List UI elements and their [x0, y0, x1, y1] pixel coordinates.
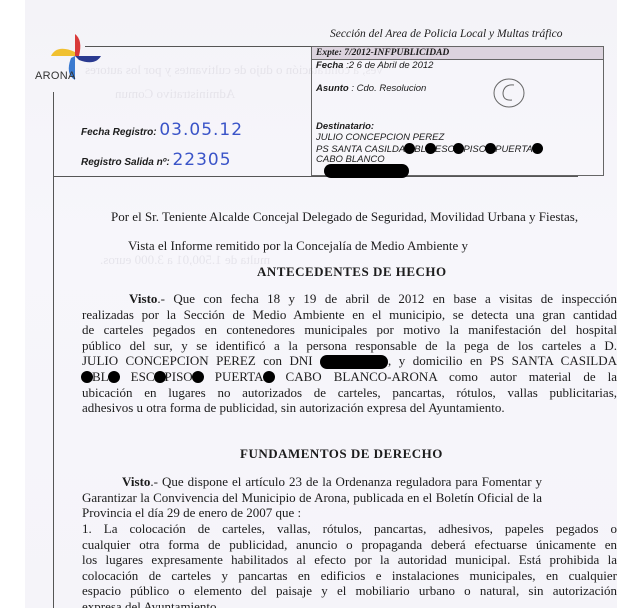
redacted-block: [324, 164, 409, 178]
destinatario-name: JULIO CONCEPCION PEREZ: [316, 132, 444, 143]
scanned-page: ves, a contratación o dujo de cultivante…: [25, 0, 617, 608]
intro-line-1: Por el Sr. Teniente Alcalde Concejal Del…: [111, 209, 578, 225]
registro-salida-field: Registro Salida nº: 22305: [81, 150, 232, 170]
expediente-box: Expte: 7/2012-INFPUBLICIDAD Fecha :2 6 d…: [311, 46, 604, 176]
redaction-dot: [263, 371, 275, 383]
asunto-label: Asunto: [316, 83, 349, 94]
redaction-dot: [192, 371, 204, 383]
asunto-field: Asunto : Cdo. Resolucion: [316, 83, 426, 94]
antecedentes-heading: ANTECEDENTES DE HECHO: [257, 264, 447, 280]
registro-salida-label: Registro Salida nº:: [81, 157, 170, 168]
visto-label: Visto: [129, 291, 157, 306]
fecha-registro-label: Fecha Registro:: [81, 127, 157, 138]
intro-line-2: Vista el Informe remitido por la Conceja…: [128, 238, 468, 254]
redacted-dni: [320, 355, 388, 369]
bleed-through-text: multa de 1.500,01 a 3.000 euros.: [100, 252, 270, 268]
fecha-registro-field: Fecha Registro: 03.05.12: [81, 120, 243, 140]
fundamentos-heading: FUNDAMENTOS DE DERECHO: [240, 446, 443, 462]
fecha-value: :2 6 de Abril de 2012: [346, 60, 433, 71]
handwritten-circle-c-mark: [492, 76, 526, 110]
fecha-registro-value: 03.05.12: [159, 120, 243, 140]
redaction-dot: [532, 143, 543, 154]
registro-salida-value: 22305: [172, 150, 231, 170]
expediente-number: Expte: 7/2012-INFPUBLICIDAD: [312, 46, 603, 60]
header-box: Expte: 7/2012-INFPUBLICIDAD Fecha :2 6 d…: [53, 46, 578, 177]
section-title: Sección del Area de Policia Local y Mult…: [330, 28, 563, 40]
fecha-label: Fecha: [316, 60, 343, 71]
article-23-text: 1. La colocación de carteles, vallas, ró…: [82, 521, 617, 608]
destinatario-label: Destinatario:: [316, 121, 374, 132]
asunto-value: : Cdo. Resolucion: [351, 83, 426, 94]
visto-label: Visto: [122, 474, 150, 489]
fecha-field: Fecha :2 6 de Abril de 2012: [316, 60, 433, 71]
fundamentos-intro: Visto.- Que dispone el artículo 23 de la…: [82, 474, 542, 521]
redaction-dot: [108, 371, 120, 383]
antecedentes-paragraph: Visto.- Que con fecha 18 y 19 de abril d…: [82, 291, 617, 416]
